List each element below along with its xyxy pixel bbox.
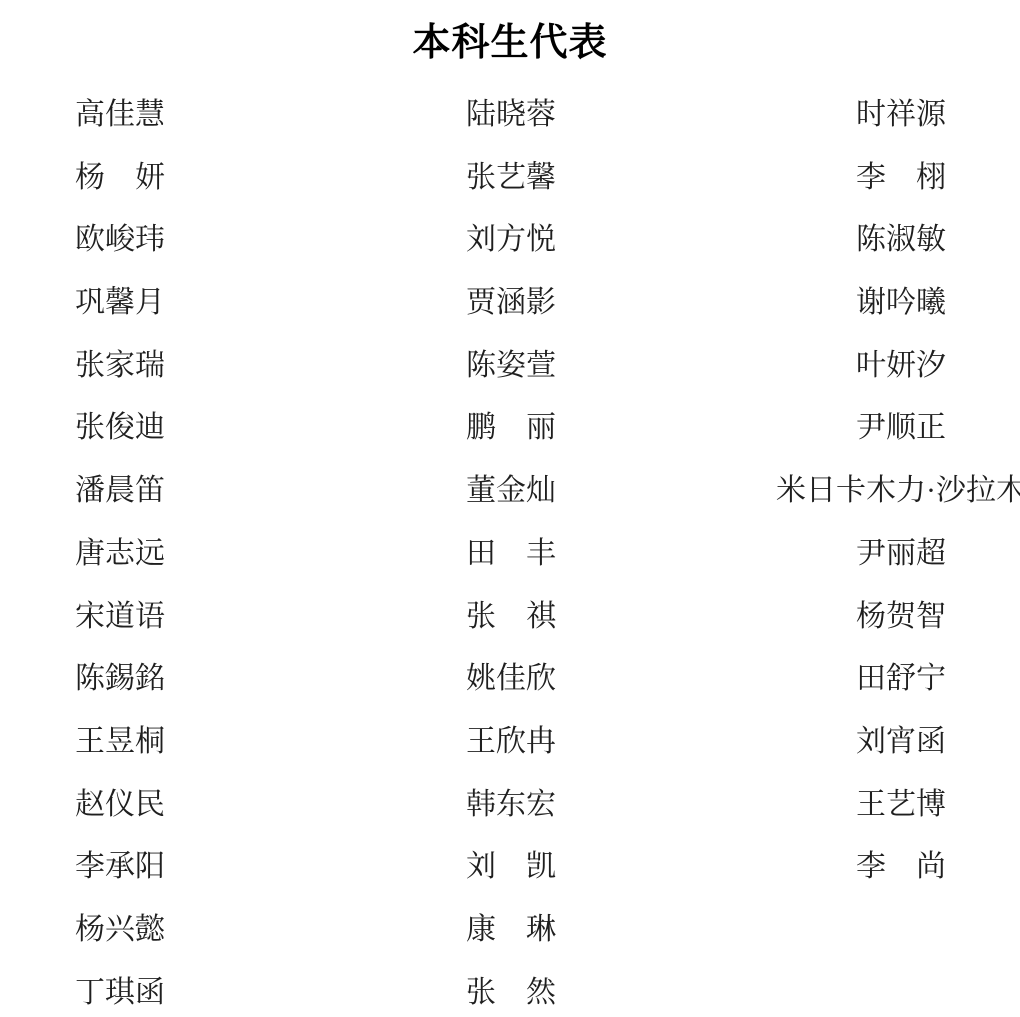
name-cell: 李 尚 bbox=[782, 836, 1020, 899]
name-cell: 丁琪函 bbox=[0, 961, 240, 1017]
name-cell: 巩馨月 bbox=[0, 272, 240, 335]
names-grid: 高佳慧 陆晓蓉 时祥源 杨 妍 张艺馨 李 栩 欧峻玮 刘方悦 陈淑敏 巩馨月 … bbox=[0, 84, 1020, 1017]
name-cell: 康 琳 bbox=[240, 899, 782, 962]
name-cell: 潘晨笛 bbox=[0, 460, 240, 523]
name-cell: 杨兴懿 bbox=[0, 899, 240, 962]
name-cell: 陈淑敏 bbox=[782, 209, 1020, 272]
name-cell: 李承阳 bbox=[0, 836, 240, 899]
name-cell: 李 栩 bbox=[782, 146, 1020, 209]
document-page: 本科生代表 高佳慧 陆晓蓉 时祥源 杨 妍 张艺馨 李 栩 欧峻玮 刘方悦 陈淑… bbox=[0, 0, 1020, 1017]
name-cell: 米日卡木力·沙拉木 bbox=[782, 460, 1020, 523]
name-cell: 尹丽超 bbox=[782, 523, 1020, 586]
name-cell: 宋道语 bbox=[0, 585, 240, 648]
name-cell: 张艺馨 bbox=[240, 146, 782, 209]
name-cell: 谢吟曦 bbox=[782, 272, 1020, 335]
name-cell: 陈錫銘 bbox=[0, 648, 240, 711]
name-cell: 韩东宏 bbox=[240, 773, 782, 836]
name-cell: 张家瑞 bbox=[0, 334, 240, 397]
name-cell: 田舒宁 bbox=[782, 648, 1020, 711]
name-cell: 鹏 丽 bbox=[240, 397, 782, 460]
name-cell: 王欣冉 bbox=[240, 711, 782, 774]
name-cell: 赵仪民 bbox=[0, 773, 240, 836]
name-cell: 张俊迪 bbox=[0, 397, 240, 460]
name-cell: 陈姿萱 bbox=[240, 334, 782, 397]
name-cell: 刘 凯 bbox=[240, 836, 782, 899]
name-cell-empty bbox=[782, 961, 1020, 1017]
name-cell: 刘方悦 bbox=[240, 209, 782, 272]
name-cell: 贾涵影 bbox=[240, 272, 782, 335]
name-cell-empty bbox=[782, 899, 1020, 962]
name-cell: 尹顺正 bbox=[782, 397, 1020, 460]
name-cell: 姚佳欣 bbox=[240, 648, 782, 711]
name-cell: 高佳慧 bbox=[0, 84, 240, 147]
name-cell: 田 丰 bbox=[240, 523, 782, 586]
name-cell: 张 然 bbox=[240, 961, 782, 1017]
name-cell: 杨贺智 bbox=[782, 585, 1020, 648]
page-title: 本科生代表 bbox=[0, 0, 1020, 66]
name-cell: 时祥源 bbox=[782, 84, 1020, 147]
name-cell: 欧峻玮 bbox=[0, 209, 240, 272]
name-cell: 刘宵函 bbox=[782, 711, 1020, 774]
name-cell: 唐志远 bbox=[0, 523, 240, 586]
name-cell: 杨 妍 bbox=[0, 146, 240, 209]
name-cell: 董金灿 bbox=[240, 460, 782, 523]
name-cell: 陆晓蓉 bbox=[240, 84, 782, 147]
name-cell: 王昱桐 bbox=[0, 711, 240, 774]
name-cell: 叶妍汐 bbox=[782, 334, 1020, 397]
name-cell: 张 祺 bbox=[240, 585, 782, 648]
name-cell: 王艺博 bbox=[782, 773, 1020, 836]
